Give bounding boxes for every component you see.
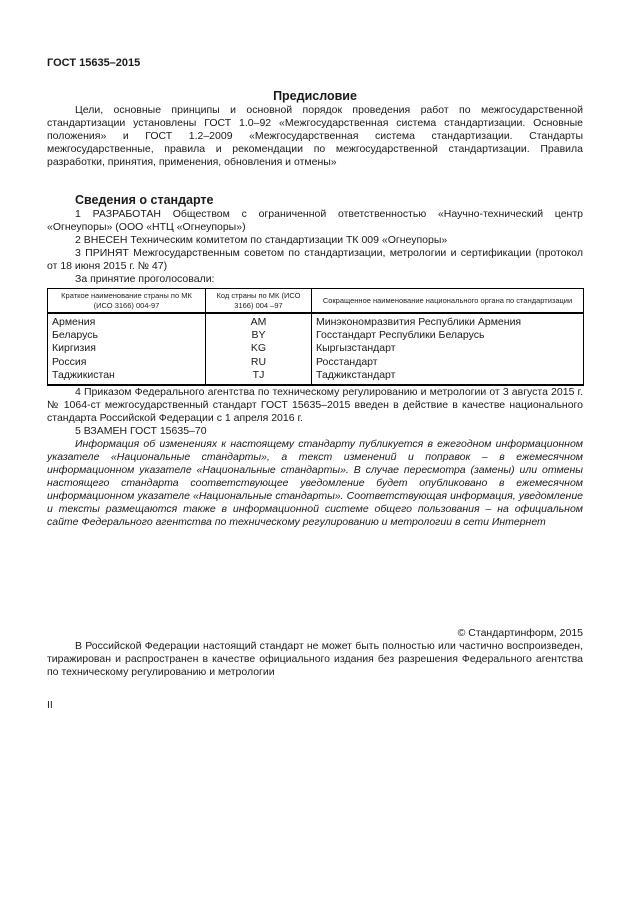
table-cell-body: Таджикстандарт	[312, 369, 584, 385]
table-row: Россия RU Росстандарт	[48, 356, 584, 369]
table-cell-country: Таджикистан	[48, 369, 206, 385]
standard-item-5: 5 ВЗАМЕН ГОСТ 15635–70	[47, 425, 583, 438]
table-cell-code: KG	[206, 342, 312, 355]
vote-lead: За принятие проголосовали:	[47, 273, 583, 286]
table-cell-body: Госстандарт Республики Беларусь	[312, 329, 584, 342]
standard-item-2: 2 ВНЕСЕН Техническим комитетом по станда…	[47, 234, 583, 247]
standard-item-1: 1 РАЗРАБОТАН Обществом с ограниченной от…	[47, 208, 583, 234]
table-cell-country: Россия	[48, 356, 206, 369]
restriction-paragraph: В Российской Федерации настоящий стандар…	[47, 640, 583, 679]
table-cell-country: Беларусь	[48, 329, 206, 342]
table-row: Армения AM Минэкономразвития Республики …	[48, 313, 584, 329]
table-cell-body: Минэкономразвития Республики Армения	[312, 313, 584, 329]
table-cell-body: Росстандарт	[312, 356, 584, 369]
table-header-country: Краткое наименование страны по МК (ИСО 3…	[48, 289, 206, 314]
table-cell-code: BY	[206, 329, 312, 342]
intro-paragraph: Цели, основные принципы и основной поряд…	[47, 104, 583, 169]
table-cell-country: Армения	[48, 313, 206, 329]
doc-code: ГОСТ 15635–2015	[47, 56, 583, 70]
page-number: II	[47, 699, 583, 712]
section-heading: Сведения о стандарте	[75, 193, 583, 208]
page-title: Предисловие	[47, 88, 583, 104]
table-cell-code: RU	[206, 356, 312, 369]
table-row: Киргизия KG Кыргызстандарт	[48, 342, 584, 355]
table-header-code: Код страны по МК (ИСО 3166) 004 –97	[206, 289, 312, 314]
standard-item-3: 3 ПРИНЯТ Межгосударственным советом по с…	[47, 247, 583, 273]
table-cell-code: TJ	[206, 369, 312, 385]
countries-table: Краткое наименование страны по МК (ИСО 3…	[47, 288, 584, 386]
table-cell-code: AM	[206, 313, 312, 329]
document-page: ГОСТ 15635–2015 Предисловие Цели, основн…	[0, 0, 630, 913]
table-header-body: Сокращенное наименование национального о…	[312, 289, 584, 314]
table-cell-body: Кыргызстандарт	[312, 342, 584, 355]
table-header-row: Краткое наименование страны по МК (ИСО 3…	[48, 289, 584, 314]
table-cell-country: Киргизия	[48, 342, 206, 355]
copyright-line: © Стандартинформ, 2015	[47, 627, 583, 640]
table-row: Таджикистан TJ Таджикстандарт	[48, 369, 584, 385]
standard-item-4: 4 Приказом Федерального агентства по тех…	[47, 386, 583, 425]
notice-paragraph: Информация об изменениях к настоящему ст…	[47, 438, 583, 529]
table-row: Беларусь BY Госстандарт Республики Белар…	[48, 329, 584, 342]
